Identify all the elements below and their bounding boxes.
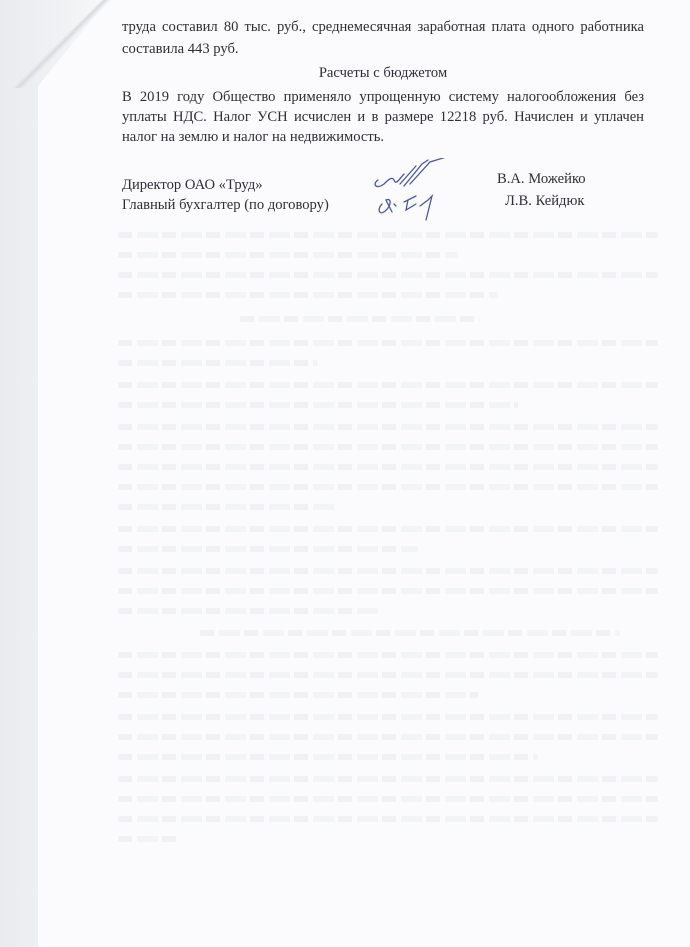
bleed-through-text — [118, 232, 658, 238]
bleed-through-text — [118, 568, 658, 574]
bleed-through-text — [118, 504, 338, 510]
continuation-line-1: труда составил 80 тыс. руб., среднемесяч… — [122, 17, 644, 37]
accountant-name: Л.В. Кейдюк — [505, 193, 584, 210]
bleed-through-text — [118, 402, 518, 408]
bleed-through-text — [118, 608, 378, 614]
bleed-through-text — [118, 484, 658, 490]
bleed-through-text — [118, 360, 318, 366]
bleed-through-text — [118, 754, 538, 760]
bleed-through-text — [118, 734, 658, 740]
bleed-through-text — [118, 272, 658, 278]
paragraph-line-2: уплаты НДС. Налог УСН исчислен и в разме… — [122, 107, 644, 127]
director-name: В.А. Можейко — [497, 171, 586, 188]
bleed-through-text — [118, 692, 478, 698]
section-heading: Расчеты с бюджетом — [122, 63, 644, 83]
bleed-through-text — [118, 424, 658, 430]
director-label: Директор ОАО «Труд» — [122, 175, 263, 195]
bleed-through-text — [118, 464, 658, 470]
bleed-through-text — [118, 652, 658, 658]
accountant-label: Главный бухгалтер (по договору) — [122, 195, 329, 215]
bleed-through-text — [118, 526, 658, 532]
folded-corner — [0, 0, 110, 947]
bleed-through-text — [118, 252, 458, 258]
bleed-through-text — [118, 546, 418, 552]
bleed-through-text — [118, 340, 658, 346]
handwritten-signature-icon — [370, 158, 480, 228]
paragraph-line-3: налог на землю и налог на недвижимость. — [122, 127, 644, 147]
bleed-through-text — [200, 630, 620, 636]
bleed-through-text — [118, 796, 658, 802]
paragraph-line-1: В 2019 году Общество применяло упрощенну… — [122, 87, 644, 107]
fold-shadow — [0, 0, 110, 100]
bleed-through-text — [118, 292, 498, 298]
bleed-through-text — [118, 382, 658, 388]
bleed-through-text — [118, 588, 658, 594]
bleed-through-text — [118, 672, 658, 678]
bleed-through-text — [118, 444, 658, 450]
bleed-through-text — [118, 816, 658, 822]
bleed-through-text — [118, 776, 658, 782]
bleed-through-text — [118, 836, 178, 842]
continuation-line-2: составила 443 руб. — [122, 39, 644, 59]
bleed-through-text — [240, 316, 480, 322]
scanned-page: труда составил 80 тыс. руб., среднемесяч… — [0, 0, 690, 947]
bleed-through-text — [118, 714, 658, 720]
